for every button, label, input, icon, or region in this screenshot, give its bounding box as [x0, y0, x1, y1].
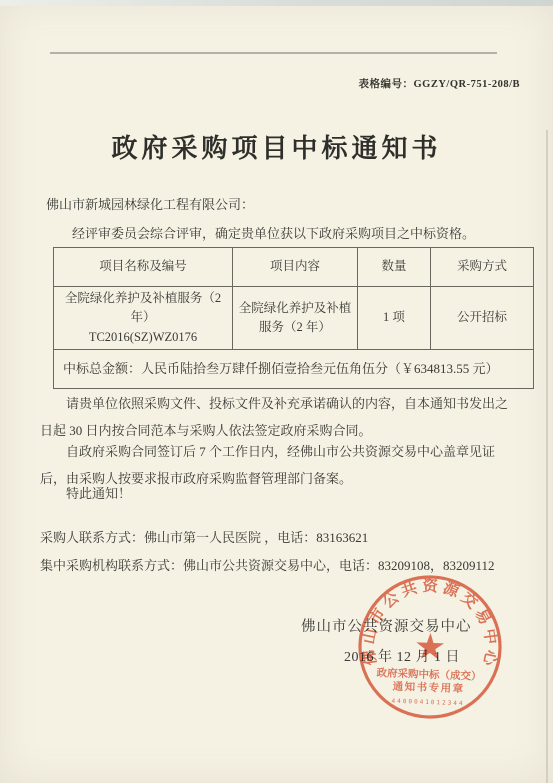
table-header-row: 项目名称及编号 项目内容 数量 采购方式 [54, 248, 534, 287]
agency-contact: 集中采购机构联系方式：佛山市公共资源交易中心，电话：83209108，83209… [40, 555, 495, 574]
seal-serial-number: 4400041012344 [391, 698, 464, 708]
cell-project-content: 全院绿化养护及补植 服务（2 年） [233, 287, 358, 350]
table-row: 全院绿化养护及补植服务（2 年） TC2016(SZ)WZ0176 全院绿化养护… [54, 287, 534, 350]
total-amount: 中标总金额：人民币陆拾叁万肆仟捌佰壹拾叁元伍角伍分（￥634813.55 元） [54, 350, 534, 389]
cell-quantity: 1 项 [358, 287, 431, 350]
seal-graphic: 佛山市公共资源交易中心 ★ 政府采购中标（成交） 通知书专用章 44000410… [353, 570, 506, 723]
project-content-line2: 服务（2 年） [237, 318, 353, 337]
project-content-line1: 全院绿化养护及补植 [237, 299, 353, 318]
scan-edge-artifact-top [0, 0, 553, 6]
purchaser-contact: 采购人联系方式：佛山市第一人民医院 ，电话：83163621 [40, 527, 368, 546]
seal-inner-line2: 通知书专用章 [392, 680, 464, 696]
project-name-line1: 全院绿化养护及补植服务（2 年） [58, 289, 228, 328]
header-quantity: 数量 [358, 248, 431, 287]
seal-inner-line1: 政府采购中标（成交） [376, 666, 481, 683]
official-seal-stamp: 佛山市公共资源交易中心 ★ 政府采购中标（成交） 通知书专用章 44000410… [353, 570, 506, 723]
cell-method: 公开招标 [431, 287, 534, 350]
document-page: 表格编号：GGZY/QR-751-208/B 政府采购项目中标通知书 佛山市新城… [0, 0, 553, 783]
table-total-row: 中标总金额：人民币陆拾叁万肆仟捌佰壹拾叁元伍角伍分（￥634813.55 元） [54, 350, 534, 389]
seal-star-icon: ★ [413, 626, 447, 668]
header-project-name: 项目名称及编号 [54, 248, 233, 287]
body-paragraph-1: 请贵单位依照采购文件、投标文件及补充承诺确认的内容，自本通知书发出之日起 30 … [40, 390, 518, 444]
header-project-content: 项目内容 [233, 248, 358, 287]
header-method: 采购方式 [431, 248, 534, 287]
award-table: 项目名称及编号 项目内容 数量 采购方式 全院绿化养护及补植服务（2 年） TC… [53, 247, 534, 389]
scan-hairline-artifact [50, 52, 497, 54]
project-code: TC2016(SZ)WZ0176 [58, 328, 228, 347]
page-title: 政府采购项目中标通知书 [0, 128, 553, 165]
scan-edge-artifact-right [546, 130, 548, 783]
intro-paragraph: 经评审委员会综合评审，确定贵单位获以下政府采购项目之中标资格。 [46, 223, 526, 242]
notice-line: 特此通知！ [40, 483, 131, 502]
form-number: 表格编号：GGZY/QR-751-208/B [358, 76, 520, 91]
cell-project-name: 全院绿化养护及补植服务（2 年） TC2016(SZ)WZ0176 [54, 287, 233, 350]
addressee-line: 佛山市新城园林绿化工程有限公司： [46, 194, 254, 213]
